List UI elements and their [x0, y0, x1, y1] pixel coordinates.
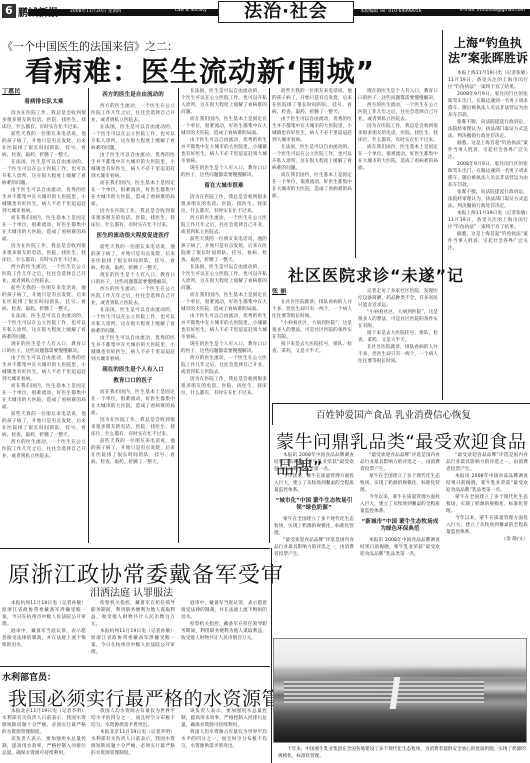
paragraph: 蒙牛在全国建立了多个现代化生态牧场，实现了奶源的规模化、标准化管理。	[360, 473, 440, 494]
official-subheadline: 泪洒法庭 认罪服法	[90, 584, 173, 599]
paragraph: 今年以来，蒙牛在质量管理方面投入巨大，建立了从牧场到餐桌的全程质量监控体系。	[360, 494, 440, 515]
paragraph: 而在我们国内，医生基本上是固定在一个单位，很难流动，好医生都集中在大城市的大医院…	[181, 292, 267, 313]
masthead-bar-left	[28, 9, 248, 16]
paragraph: 在法国，医生是可以自由流动的，一个医生可以在公立医院工作，也可以开私人诊所，这在…	[2, 159, 86, 187]
paragraph: 本报北京11月19日电（记者李明）水利部有关负责人日前表示，我国水资源短缺问题十…	[91, 729, 175, 757]
side-divider	[442, 30, 443, 400]
official-col-2: 检察机关指控，戴备军在担任领导职务期间，利用职务便利为他人谋取利益，收受他人财物…	[91, 600, 175, 662]
paragraph: 本报讯 2008年中国食品品牌调查结果日前揭晓，蒙牛乳业荣获“最受欢迎食品品牌”…	[446, 473, 528, 494]
side-headline: 上海“钓鱼执法”案张晖胜诉	[448, 36, 528, 66]
paragraph: 在社区医院就诊，排队看病的人并不多，但医生却只有一两个，一个病人往往要等很长时间…	[272, 299, 352, 320]
lead-byline: 丁惠民	[2, 88, 86, 95]
paragraph: 在法国，医生是可以自由流动的，一个医生可以在公立医院工作，也可以开私人诊所，这在…	[2, 313, 86, 341]
paragraph: 前些天我的一位朋友来电话说，他的孩子病了，开始只是有点发烧，后来在医院排了很长时…	[272, 88, 352, 116]
paragraph: 张晖不服，向法院提起行政诉讼，法院经审理认为，执法部门取证方式违法，判决撤销行政…	[448, 189, 528, 210]
lead-subhead: 教育口口的医子	[91, 378, 175, 385]
paragraph: 由于医生可以自由流动，优秀的医生并不都集中在大城市的大医院里，小城镇也有好医生，…	[2, 187, 86, 215]
milk-kicker: 百姓钟爱国产食品 乳业消费信心恢复	[316, 407, 471, 421]
lead-col-4: 前些天我的一位朋友来电话说，他的孩子病了，开始只是有点发烧，后来在医院排了很长时…	[272, 88, 352, 258]
section-title: 法治·社会	[218, 1, 354, 23]
paragraph: 因为在医院工作，我总是会收到很多很多朋友的电话。医院、找医生、找床位，什么都有，…	[358, 123, 438, 144]
paragraph: 今年以来，蒙牛在质量管理方面投入巨大，建立了从牧场到餐桌的全程质量监控体系。	[446, 515, 528, 536]
paragraph: 2008年9月9日，家住闵行区的张晖驾车出门，在路边遇到一名男子请求搭车，随后被…	[448, 161, 528, 189]
paragraph: 由于医生可以自由流动，优秀的医生并不都集中在大城市的大医院里，小城镇也有好医生，…	[91, 335, 175, 363]
paragraph: 而在我们国内，医生基本上是固定在一个单位，很难流动，好医生都集中在大城市的大医院…	[272, 172, 352, 200]
paragraph: 本报讯 2008年中国食品品牌调查结果日前揭晓，蒙牛乳业荣获“最受欢迎食品品牌”…	[360, 537, 440, 558]
paragraph: 今年以来，蒙牛在质量管理方面投入巨大，建立了从牧场到餐桌的全程质量监控体系。	[274, 473, 354, 494]
paragraph: 我国人均水资源占有量仅为世界平均水平的四分之一，而且时空分布极不均匀，水资源供需…	[91, 708, 175, 729]
paragraph: 因为在医院工作，我总是会收到很多很多朋友的电话。医院、找医生、找床位，什么都有，…	[181, 376, 267, 397]
photo-barns	[284, 681, 484, 703]
paragraph: 前些天我的一位朋友来电话说，他的孩子病了，开始只是有点发烧，后来在医院排了很长时…	[91, 438, 175, 466]
clinic-col-2: 记者走访了多家社区医院，发现医疗设备简陋、药品种类不全，许多居民只能舍近求远。 …	[358, 288, 438, 398]
paragraph: 由于医生可以自由流动，优秀的医生并不都集中在大城市的大医院里，小城镇也有好医生，…	[91, 152, 175, 180]
paragraph: 而在我们国内，医生基本上是固定在一个单位，很难流动，好医生都集中在大城市的大医院…	[2, 215, 86, 243]
editor-tel: 本版编辑 Tel: 010-64098056	[360, 8, 422, 14]
paragraph: 由于医生可以自由流动，优秀的医生并不都集中在大城市的大医院里，小城镇也有好医生，…	[181, 137, 267, 165]
paragraph: 因为在医院工作，我总是会收到很多很多朋友的电话。医院、找医生、找床位，什么都有，…	[2, 110, 86, 131]
paragraph: 检察机关指控，戴备军在担任领导职务期间，利用职务便利为他人谋取利益，收受他人财物…	[181, 621, 267, 642]
paragraph: 西方的医生流动，一个医生在公立医院工作几年之后，往往会选择自己开业，或者到私立医…	[358, 102, 438, 123]
milk-col-1: 本报讯 2008年中国食品品牌调查结果日前揭晓，蒙牛乳业荣获“最受欢迎食品品牌”…	[274, 452, 354, 634]
paragraph: 而在我们国内，医生基本上是固定在一个单位，很难流动，好医生都集中在大城市的大医院…	[2, 383, 86, 411]
paragraph: 本报讯 2008年中国食品品牌调查结果日前揭晓，蒙牛乳业荣获“最受欢迎食品品牌”…	[274, 452, 354, 473]
milk-col-2: “最受欢迎食品品牌”评选是国内食品行业最具影响力的评选之一，由消费者投票产生。 …	[360, 452, 440, 634]
paragraph: 现在的医生是个人有入口，教育口口的医子，这些问题都需要慢慢解决。	[2, 341, 86, 355]
official-col-3: 庭审中，戴备军当庭认罪，表示愿意接受法律的制裁，并在法庭上流下悔恨的泪水。 检察…	[181, 600, 267, 662]
milk-col-3: “最受欢迎食品品牌”评选是国内食品行业最具影响力的评选之一，由消费者投票产生。 …	[446, 452, 528, 634]
paragraph: 在法国，医生是可以自由流动的，一个医生可以在公立医院工作，也可以开私人诊所，这在…	[91, 307, 175, 335]
paragraph: 因为在医院工作，我总是会收到很多很多朋友的电话。医院、找医生、找床位，什么都有，…	[91, 208, 175, 229]
paragraph: 我国人均水资源占有量仅为世界平均水平的四分之一，而且时空分布极不均匀，水资源供需…	[181, 729, 267, 750]
milk-credit: （余 静/文）	[446, 536, 528, 543]
masthead: 6 鹏城新报 2008年11月20日 星期四 Law & Society 法治·…	[0, 0, 530, 22]
section-divider	[0, 666, 270, 667]
lead-col-1: 丁惠民 看病排长队太难 因为在医院工作，我总是会收到很多很多朋友的电话。医院、找…	[2, 88, 86, 543]
paragraph: 西方的医生流动，一个医生在公立医院工作几年之后，往往会选择自己开业，或者到私立医…	[181, 355, 267, 376]
clinic-headline: 社区医院求诊“未遂”记	[288, 263, 464, 286]
paragraph: 据悉，这是上海首起“钓鱼执法”案件当事人胜诉，引起社会各界广泛关注。	[448, 140, 528, 161]
paragraph: 因为在医院工作，我总是会收到很多很多朋友的电话。医院、找医生、找床位，什么都有，…	[181, 194, 267, 215]
paragraph: 而在我们国内，医生基本上是固定在一个单位，很难流动，好医生都集中在大城市的大医院…	[91, 180, 175, 208]
lead-subhead: 医生的流动很大程度促进医疗	[91, 233, 175, 240]
photo-hills	[274, 665, 526, 677]
milk-subhead: “城市化”中国 蒙牛生态牧场引领“绿色奶源”	[274, 498, 354, 512]
paragraph: 前些天我的一位朋友来电话说，他的孩子病了，开始只是有点发烧，后来在医院排了很长时…	[181, 236, 267, 264]
column-divider	[271, 548, 272, 763]
issue-date: 2008年11月20日 星期四	[70, 8, 121, 14]
water-col-1: 本报北京11月19日电（记者李明）水利部有关负责人日前表示，我国水资源短缺问题十…	[2, 708, 86, 763]
paragraph: 据悉，这是上海首起“钓鱼执法”案件当事人胜诉，引起社会各界广泛关注。	[448, 231, 528, 252]
clinic-byline: 张 丽	[272, 288, 352, 295]
photo-caption: 十年来，中国蒙牛乳业集团在全国各地建设了多个现代化生态牧场，为消费者提供安全放心…	[278, 746, 526, 760]
paragraph: 检察机关指控，戴备军在担任领导职务期间，利用职务便利为他人谋取利益，收受他人财物…	[91, 600, 175, 628]
paragraph: 庭审中，戴备军当庭认罪，表示愿意接受法律的制裁，并在法庭上流下悔恨的泪水。	[181, 600, 267, 621]
paragraph: 本报杭州11月19日电（记者孙敏）原浙江省政协常委戴备军涉嫌受贿一案，今日在杭州…	[2, 600, 86, 628]
paragraph: “最受欢迎食品品牌”评选是国内食品行业最具影响力的评选之一，由消费者投票产生。	[274, 537, 354, 558]
paragraph: 前些天我的一位朋友来电话说，他的孩子病了，开始只是有点发烧，后来在医院排了很长时…	[2, 131, 86, 159]
paragraph: 蒙牛在全国建立了多个现代化生态牧场，实现了奶源的规模化、标准化管理。	[274, 516, 354, 537]
column-divider	[269, 88, 270, 543]
paragraph: 本报杭州11月19日电（记者孙敏）原浙江省政协常委戴备军涉嫌受贿一案，今日在杭州…	[91, 628, 175, 656]
water-col-2: 我国人均水资源占有量仅为世界平均水平的四分之一，而且时空分布极不均匀，水资源供需…	[91, 708, 175, 763]
paragraph: 在法国，医生是可以自由流动的，一个医生可以在公立医院工作，也可以开私人诊所，这在…	[181, 88, 267, 116]
paragraph: 在法国，医生是可以自由流动的，一个医生可以在公立医院工作，也可以开私人诊所，这在…	[91, 124, 175, 152]
lead-headline: 看病难：医生流动新‘围城”	[25, 50, 375, 90]
paragraph: “最受欢迎食品品牌”评选是国内食品行业最具影响力的评选之一，由消费者投票产生。	[446, 452, 528, 473]
paragraph: 本报北京11月19日电（记者李明）水利部有关负责人日前表示，我国水资源短缺问题十…	[2, 708, 86, 736]
paragraph: 庭审中，戴备军当庭认罪，表示愿意接受法律的制裁，并在法庭上流下悔恨的泪水。	[2, 628, 86, 649]
ranch-photo	[273, 638, 527, 743]
water-col-3: 该负责人表示，要加强用水总量控制，提高用水效率，严格控制入河排污总量，确保水资源…	[181, 708, 267, 763]
page-number: 6	[2, 4, 16, 18]
paragraph: 现在的医生是个人有入口，教育口口的医子，这些问题都需要慢慢解决。	[91, 272, 175, 286]
paragraph: 而在我们国内，医生基本上是固定在一个单位，很难流动，好医生都集中在大城市的大医院…	[358, 144, 438, 172]
paragraph: 本报上海11月19日电（记者张敏）11月19日，备受关注的上海市闵行区“钓鱼执法…	[448, 210, 528, 231]
paragraph: 接下来是去大医院挂号，排队、检查、拿药，又是大半天。	[272, 341, 352, 355]
lead-subhead: 西方的医生是自由流动的	[91, 92, 175, 99]
paper-name: 鹏城新报	[18, 4, 58, 19]
paragraph: 张晖不服，向法院提起行政诉讼，法院经审理认为，执法部门取证方式违法，判决撤销行政…	[448, 119, 528, 140]
paragraph: 现在的医生是个人有入口，教育口口的医子，这些问题都需要慢慢解决。	[358, 88, 438, 102]
water-kicker: 水利部官员：	[2, 670, 56, 683]
paragraph: 在社区医院就诊，排队看病的人并不多，但医生却只有一两个，一个病人往往要等很长时间…	[358, 344, 438, 365]
lead-col-2: 西方的医生是自由流动的 西方的医生流动，一个医生在公立医院工作几年之后，往往会选…	[91, 88, 175, 543]
paragraph: 西方的医生流动，一个医生在公立医院工作几年之后，往往会选择自己开业，或者到私立医…	[91, 286, 175, 307]
lead-subhead: 留在大城市很难	[181, 183, 267, 190]
lead-col-5: 现在的医生是个人有入口，教育口口的医子，这些问题都需要慢慢解决。 西方的医生流动…	[358, 88, 438, 258]
paragraph: 记者走访了多家社区医院，发现医疗设备简陋、药品种类不全，许多居民只能舍近求远。	[358, 288, 438, 309]
paragraph: 西方的医生流动，一个医生在公立医院工作几年之后，往往会选择自己开业，或者到私立医…	[2, 439, 86, 460]
paragraph: 前些天我的一位朋友来电话说，他的孩子病了，开始只是有点发烧，后来在医院排了很长时…	[2, 411, 86, 439]
paragraph: 在法国，医生是可以自由流动的，一个医生可以在公立医院工作，也可以开私人诊所，这在…	[181, 264, 267, 292]
paragraph: 2008年9月9日，家住闵行区的张晖驾车出门，在路边遇到一名男子请求搭车，随后被…	[448, 91, 528, 119]
column-divider	[355, 88, 356, 258]
paragraph: 前些天我的一位朋友来电话说，他的孩子病了，开始只是有点发烧，后来在医院排了很长时…	[2, 285, 86, 313]
paragraph: 在法国，医生是可以自由流动的，一个医生可以在公立医院工作，也可以开私人诊所，这在…	[272, 144, 352, 172]
editor-email: E-mail: lmh2008@gmail.com	[460, 8, 525, 13]
paragraph: 而在我们国内，医生基本上是固定在一个单位，很难流动，好医生都集中在大城市的大医院…	[91, 389, 175, 417]
clinic-col-1: 张 丽 在社区医院就诊，排队看病的人并不多，但医生却只有一两个，一个病人往往要等…	[272, 288, 352, 398]
lead-subhead: 看病排长队太难	[2, 99, 86, 106]
lead-col-3: 在法国，医生是可以自由流动的，一个医生可以在公立医院工作，也可以开私人诊所，这在…	[181, 88, 267, 543]
paragraph: 由于医生可以自由流动，优秀的医生并不都集中在大城市的大医院里，小城镇也有好医生，…	[272, 116, 352, 144]
paragraph: “最受欢迎食品品牌”评选是国内食品行业最具影响力的评选之一，由消费者投票产生。	[360, 452, 440, 473]
paragraph: 西方的医生流动，一个医生在公立医院工作几年之后，往往会选择自己开业，或者到私立医…	[2, 264, 86, 285]
paragraph: 因为在医院工作，我总是会收到很多很多朋友的电话。医院、找医生、找床位，什么都有，…	[2, 243, 86, 264]
milk-subhead: “新城市”中国 蒙牛生态牧场成为绿色环保典范	[360, 519, 440, 533]
paragraph: 前些天我的一位朋友来电话说，他的孩子病了，开始只是有点发烧，后来在医院排了很长时…	[91, 244, 175, 272]
paragraph: 因为在医院工作，我总是会收到很多很多朋友的电话。医院、找医生、找床位，什么都有，…	[91, 417, 175, 438]
side-story-body: 本报上海11月19日电（记者张敏）11月19日，备受关注的上海市闵行区“钓鱼执法…	[448, 70, 528, 400]
paragraph: 而在我们国内，医生基本上是固定在一个单位，很难流动，好医生都集中在大城市的大医院…	[181, 116, 267, 137]
column-divider	[88, 88, 89, 543]
paragraph: 由于医生可以自由流动，优秀的医生并不都集中在大城市的大医院里，小城镇也有好医生，…	[2, 355, 86, 383]
paragraph: “小病看社区，大病到医院”，这是很多人的想法，可是社区医院的条件实在有限。	[272, 320, 352, 341]
paragraph: 该负责人表示，要加强用水总量控制，提高用水效率，严格控制入河排污总量，确保水资源…	[2, 736, 86, 757]
paragraph: 现在的医生是个人有入口，教育口口的医子，这些问题都需要慢慢解决。	[181, 341, 267, 355]
paragraph: 现在的医生是个人有入口，教育口口的医子，这些问题都需要慢慢解决。	[181, 165, 267, 179]
column-divider	[178, 88, 179, 543]
paragraph: 接下来是去大医院挂号，排队、检查、拿药，又是大半天。	[358, 330, 438, 344]
lead-subhead: 现在的医生是个人有入口	[91, 367, 175, 374]
paragraph: 由于医生可以自由流动，优秀的医生并不都集中在大城市的大医院里，小城镇也有好医生，…	[181, 313, 267, 341]
section-divider	[0, 548, 270, 549]
paragraph: 西方的医生流动，一个医生在公立医院工作几年之后，往往会选择自己开业，或者到私立医…	[91, 103, 175, 124]
paragraph: 西方的医生流动，一个医生在公立医院工作几年之后，往往会选择自己开业，或者到私立医…	[181, 215, 267, 236]
official-col-1: 本报杭州11月19日电（记者孙敏）原浙江省政协常委戴备军涉嫌受贿一案，今日在杭州…	[2, 600, 86, 662]
paragraph: 本报上海11月19日电（记者张敏）11月19日，备受关注的上海市闵行区“钓鱼执法…	[448, 70, 528, 91]
paragraph: 该负责人表示，要加强用水总量控制，提高用水效率，严格控制入河排污总量，确保水资源…	[181, 708, 267, 729]
paragraph: 蒙牛在全国建立了多个现代化生态牧场，实现了奶源的规模化、标准化管理。	[446, 494, 528, 515]
section-english: Law & Society	[175, 8, 207, 13]
paragraph: “小病看社区，大病到医院”，这是很多人的想法，可是社区医院的条件实在有限。	[358, 309, 438, 330]
